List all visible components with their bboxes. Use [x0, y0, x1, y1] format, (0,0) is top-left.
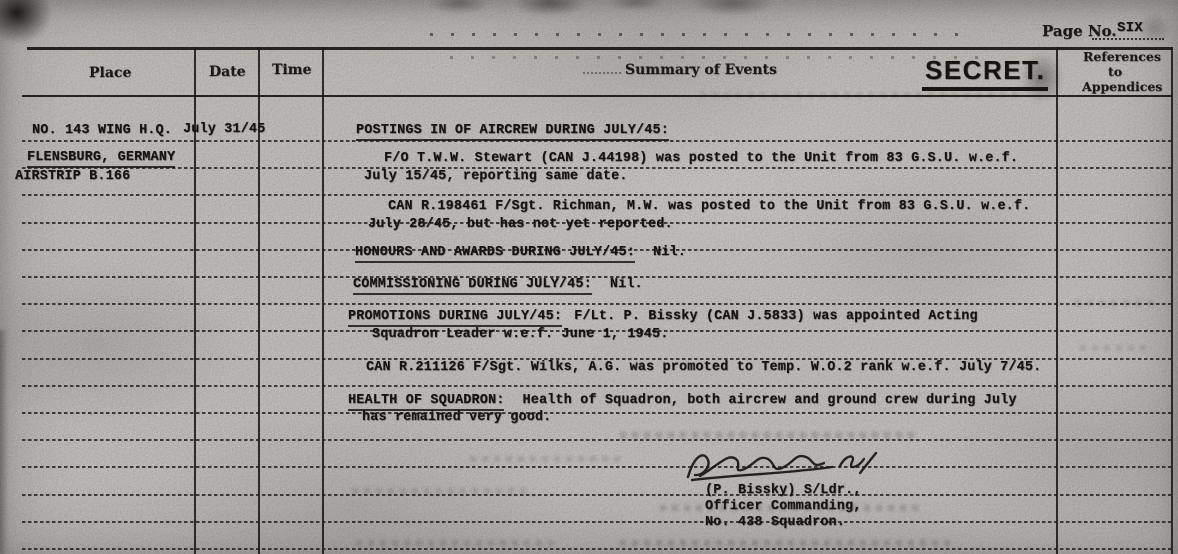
divider-time-summary [322, 47, 324, 554]
page-no-label: Page No. [1042, 22, 1117, 40]
place-airstrip: AIRSTRIP B.166 [15, 169, 130, 184]
event-promotions-line2: Squadron Leader w.e.f. June 1, 1945. [372, 327, 669, 342]
place-unit: NO. 143 WING H.Q. [32, 123, 172, 138]
event-promotions-text: F/Lt. P. Bissky (CAN J.5833) was appoint… [574, 309, 978, 324]
event-richman-line2: July 28/45, but has not yet reported. [368, 217, 673, 232]
bleed-through [620, 540, 950, 546]
divider-summary-references [1056, 47, 1058, 554]
ruled-line [22, 521, 1171, 523]
col-header-references-line1: References [1083, 49, 1161, 64]
ruled-line [22, 303, 1171, 305]
bleed-through [620, 432, 920, 438]
ruled-line [22, 194, 1171, 196]
bleed-through [470, 456, 620, 462]
event-health-text: Health of Squadron, both aircrew and gro… [522, 393, 1016, 408]
col-header-place: Place [89, 65, 131, 81]
scan-corner-blob [0, 0, 52, 44]
secret-stamp: SECRET. [922, 55, 1048, 91]
scan-edge-smudge [428, 0, 490, 14]
signature-unit: No. 438 Squadron. [705, 515, 845, 530]
event-stewart-line2: July 15/45, reporting same date. [364, 169, 628, 184]
event-health-line2: has remained very good. [362, 410, 551, 425]
place-location-text: FLENSBURG, GERMANY [27, 150, 175, 168]
event-promotions-heading: PROMOTIONS DURING JULY/45: [348, 309, 562, 327]
col-header-time: Time [272, 62, 311, 78]
ruled-line [22, 439, 1171, 441]
scan-edge-smudge [0, 330, 8, 554]
event-commissioning-text: Nil. [610, 277, 643, 292]
header-leader-dots [583, 70, 621, 74]
war-diary-page: Page No. SIX Place Date Time Summary of … [0, 0, 1178, 554]
page-no-value: SIX [1117, 21, 1143, 36]
col-header-date: Date [209, 64, 246, 80]
event-commissioning-line: COMMISSIONING DURING JULY/45:Nil. [353, 277, 643, 292]
ruled-line [22, 548, 1171, 550]
event-richman-line1: CAN R.198461 F/Sgt. Richman, M.W. was po… [388, 199, 1030, 214]
ruled-line [22, 494, 1171, 496]
scan-edge-smudge [514, 0, 586, 16]
perforation-dots [450, 56, 990, 59]
event-postings-heading-line: POSTINGS IN OF AIRCREW DURING JULY/45: [356, 123, 669, 138]
event-honours-line: HONOURS AND AWARDS DURING JULY/45:Nil. [355, 245, 686, 260]
event-wilks-line: CAN R.211126 F/Sgt. Wilks, A.G. was prom… [366, 360, 1041, 375]
event-health-heading: HEALTH OF SQUADRON: [348, 393, 504, 411]
ruled-line [22, 412, 1171, 414]
ruled-line [22, 385, 1171, 387]
entry-date: July 31/45 [183, 122, 265, 137]
table-right-border [1171, 47, 1173, 554]
perforation-dots [430, 33, 965, 36]
place-location: FLENSBURG, GERMANY [27, 150, 175, 165]
event-postings-heading: POSTINGS IN OF AIRCREW DURING JULY/45: [356, 123, 669, 141]
col-header-references-line2: to [1108, 64, 1122, 79]
bleed-through [1080, 345, 1150, 351]
signature-role: Officer Commanding, [705, 499, 861, 514]
event-promotions-line1: PROMOTIONS DURING JULY/45:F/Lt. P. Bissk… [348, 309, 978, 324]
scan-edge-smudge [692, 0, 774, 16]
ruled-line [22, 466, 1171, 468]
event-honours-heading: HONOURS AND AWARDS DURING JULY/45: [355, 245, 635, 263]
signature-scrawl [680, 446, 892, 488]
event-commissioning-heading: COMMISSIONING DURING JULY/45: [353, 277, 592, 295]
event-health-line1: HEALTH OF SQUADRON:Health of Squadron, b… [348, 393, 1017, 408]
col-header-references-line3: Appendices [1082, 79, 1162, 94]
event-honours-text: Nil. [653, 245, 686, 260]
scan-edge-smudge [608, 0, 664, 11]
col-header-summary: Summary of Events [625, 62, 777, 78]
event-stewart-line1: F/O T.W.W. Stewart (CAN J.44198) was pos… [384, 151, 1018, 166]
bleed-through [356, 540, 556, 546]
table-top-border [27, 47, 1173, 50]
